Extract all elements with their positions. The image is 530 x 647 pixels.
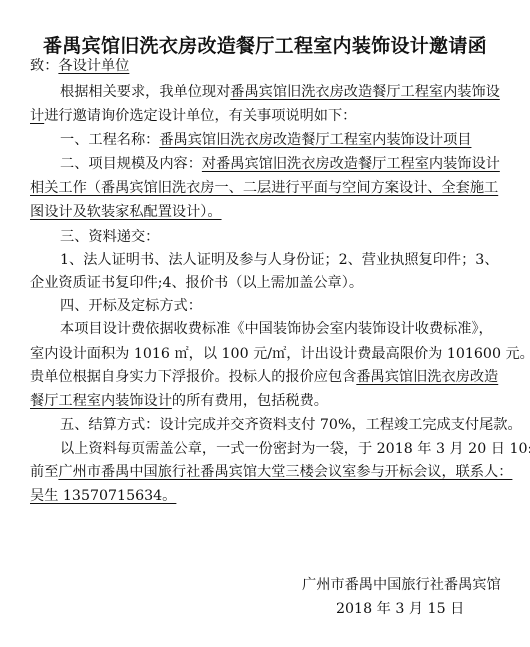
section-1: 一、工程名称：番禺宾馆旧洗衣房改造餐厅工程室内装饰设计项目 bbox=[30, 130, 492, 150]
section-4-project-underlined-end: 餐厅工程室内装饰设计 bbox=[30, 393, 172, 409]
intro-text: 根据相关要求，我单位现对 bbox=[60, 84, 230, 100]
section-2-line-2: 相关工作（番禺宾馆旧洗衣房一、二层进行平面与空间方案设计、全套施工 bbox=[30, 178, 492, 198]
addressee-recipient: 各设计单位 bbox=[58, 58, 129, 74]
addressee-line: 致：各设计单位 bbox=[30, 56, 492, 76]
section-5: 五、结算方式：设计完成并交齐资料支付 70%，工程竣工完成支付尾款。 bbox=[30, 415, 492, 435]
section-4-line-3: 贵单位根据自身实力下浮报价。投标人的报价应包含番禺宾馆旧洗衣房改造 bbox=[30, 367, 492, 387]
intro-line-2: 计进行邀请询价选定设计单位，有关事项说明如下： bbox=[30, 106, 492, 126]
section-4-line-4: 餐厅工程室内装饰设计的所有费用，包括税费。 bbox=[30, 391, 492, 411]
closing-text: 前至 bbox=[30, 464, 58, 480]
section-2-value-end: 图设计及软装家私配置设计）。 bbox=[30, 204, 222, 220]
document-title: 番禺宾馆旧洗衣房改造餐厅工程室内装饰设计邀请函 bbox=[0, 31, 530, 58]
section-4-line-2: 室内设计面积为 1016 ㎡，以 100 元/㎡，计出设计费最高限价为 1016… bbox=[30, 344, 492, 364]
closing-line-1: 以上资料每页需盖公章，一式一份密封为一袋，于 2018 年 3 月 20 日 1… bbox=[30, 439, 492, 459]
section-4-heading: 四、开标及定标方式： bbox=[30, 296, 492, 316]
section-2-label: 二、项目规模及内容： bbox=[60, 156, 202, 172]
section-2-line-1: 二、项目规模及内容：对番禺宾馆旧洗衣房改造餐厅工程室内装饰设计 bbox=[30, 154, 492, 174]
section-3-line-1: 1、法人证明书、法人证明及参与人身份证；2、营业执照复印件；3、 bbox=[30, 250, 492, 270]
section-1-label: 一、工程名称： bbox=[60, 132, 159, 148]
section-2-value: 对番禺宾馆旧洗衣房改造餐厅工程室内装饰设计 bbox=[202, 156, 500, 172]
section-4-project-underlined: 番禺宾馆旧洗衣房改造 bbox=[356, 369, 498, 385]
project-name-underlined: 番禺宾馆旧洗衣房改造餐厅工程室内装饰设 bbox=[230, 84, 500, 100]
section-3-heading: 三、资料递交： bbox=[30, 227, 492, 247]
section-4-text-end: 的所有费用，包括税费。 bbox=[172, 393, 328, 409]
section-3-line-2: 企业资质证书复印件;4、报价书（以上需加盖公章）。 bbox=[30, 273, 492, 293]
section-2-line-3: 图设计及软装家私配置设计）。 bbox=[30, 202, 492, 222]
closing-line-3: 吴生 13570715634。 bbox=[30, 486, 492, 506]
signature-date: 2018 年 3 月 15 日 bbox=[336, 599, 464, 619]
project-name-underlined-end: 计 bbox=[30, 108, 44, 124]
signature-org: 广州市番禺中国旅行社番禺宾馆 bbox=[302, 575, 501, 595]
section-2-value-cont: 相关工作（番禺宾馆旧洗衣房一、二层进行平面与空间方案设计、全套施工 bbox=[30, 180, 498, 196]
section-4-text: 贵单位根据自身实力下浮报价。投标人的报价应包含 bbox=[30, 369, 356, 385]
intro-line-1: 根据相关要求，我单位现对番禺宾馆旧洗衣房改造餐厅工程室内装饰设 bbox=[30, 82, 492, 102]
intro-text-end: 进行邀请询价选定设计单位，有关事项说明如下： bbox=[44, 108, 356, 124]
closing-line-2: 前至广州市番禺中国旅行社番禺宾馆大堂三楼会议室参与开标会议，联系人： bbox=[30, 462, 492, 482]
section-1-value: 番禺宾馆旧洗衣房改造餐厅工程室内装饰设计项目 bbox=[159, 132, 471, 148]
addressee-label: 致： bbox=[30, 58, 58, 74]
section-4-line-1: 本项目设计费依据收费标准《中国装饰协会室内装饰设计收费标准》， bbox=[30, 319, 492, 339]
venue-contact-underlined: 广州市番禺中国旅行社番禺宾馆大堂三楼会议室参与开标会议，联系人： bbox=[58, 464, 512, 480]
contact-phone-underlined: 吴生 13570715634。 bbox=[30, 488, 176, 504]
